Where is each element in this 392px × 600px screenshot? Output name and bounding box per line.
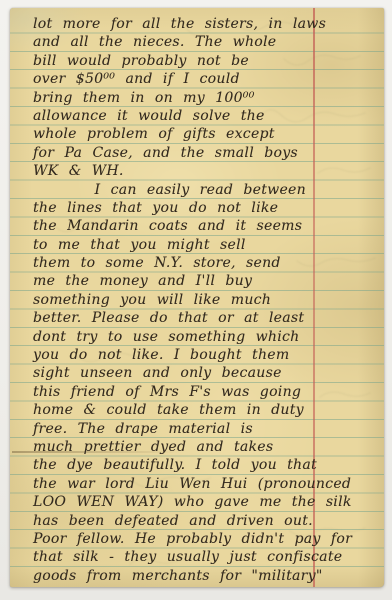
letter-line: the war lord Liu Wen Hui (pronounced <box>33 475 381 493</box>
letter-line: the dye beautifully. I told you that <box>33 456 381 474</box>
letter-line: over $50⁰⁰ and if I could <box>33 70 381 88</box>
letter-line: goods from merchants for "military" <box>33 567 381 585</box>
letter-page: lot more for all the sisters, in lawsand… <box>10 8 384 587</box>
letter-line: something you will like much <box>33 291 381 309</box>
letter-line: better. Please do that or at least <box>33 309 381 327</box>
letter-line: allowance it would solve the <box>33 107 381 125</box>
letter-line: them to some N.Y. store, send <box>33 254 381 272</box>
letter-line: Poor fellow. He probably didn't pay for <box>33 530 381 548</box>
letter-text: lot more for all the sisters, in lawsand… <box>33 15 381 585</box>
letter-line: for Pa Case, and the small boys <box>33 144 381 162</box>
letter-line: free. The drape material is <box>33 420 381 438</box>
letter-line: bill would probably not be <box>33 52 381 70</box>
letter-line: that silk - they usually just confiscate <box>33 548 381 566</box>
letter-line: sight unseen and only because <box>33 364 381 382</box>
letter-line: the Mandarin coats and it seems <box>33 217 381 235</box>
scan-background: lot more for all the sisters, in lawsand… <box>0 0 392 600</box>
letter-line: bring them in on my 100⁰⁰ <box>33 89 381 107</box>
letter-line: has been defeated and driven out. <box>33 512 381 530</box>
letter-line: LOO WEN WAY) who gave me the silk <box>33 493 381 511</box>
letter-line: you do not like. I bought them <box>33 346 381 364</box>
letter-line: me the money and I'll buy <box>33 272 381 290</box>
letter-line: WK & WH. <box>33 162 381 180</box>
letter-line: and all the nieces. The whole <box>33 33 381 51</box>
letter-line: lot more for all the sisters, in laws <box>33 15 381 33</box>
letter-line: the lines that you do not like <box>33 199 381 217</box>
letter-line: home & could take them in duty <box>33 401 381 419</box>
letter-line: to me that you might sell <box>33 236 381 254</box>
letter-line: whole problem of gifts except <box>33 125 381 143</box>
letter-line: I can easily read between <box>33 181 381 199</box>
letter-line: this friend of Mrs F's was going <box>33 383 381 401</box>
letter-line: dont try to use something which <box>33 328 381 346</box>
letter-line: much prettier dyed and takes <box>33 438 381 456</box>
